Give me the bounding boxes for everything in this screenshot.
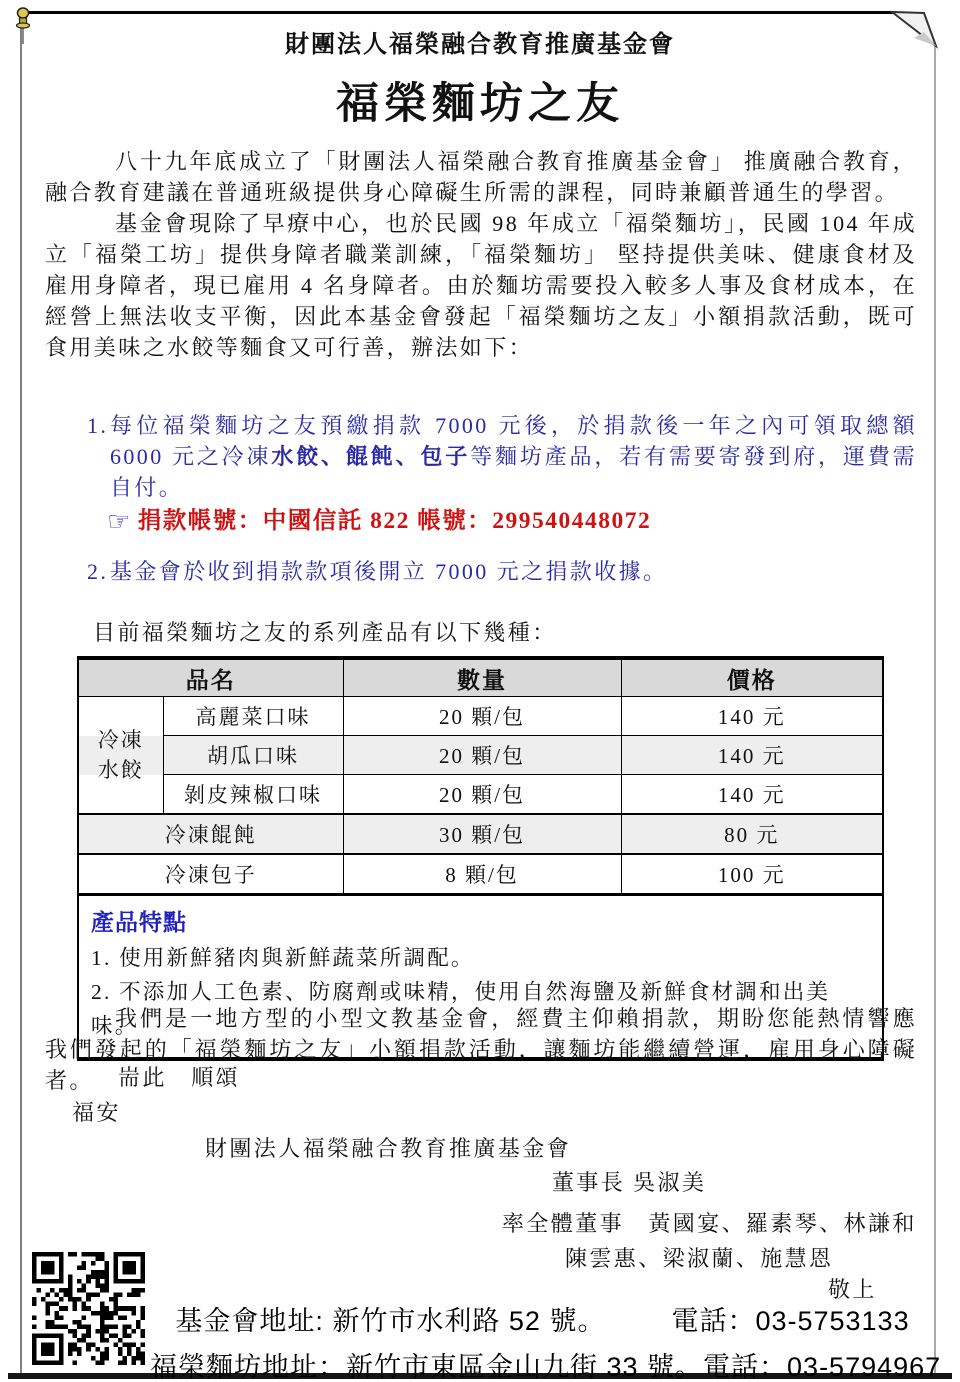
signature-board-line-2: 陳雲惠、梁淑蘭、施慧恩	[565, 1243, 833, 1274]
term-item-2: 2. 基金會於收到捐款款項後開立 7000 元之捐款收據。	[45, 556, 917, 587]
page-border-right	[934, 44, 936, 1374]
pointing-hand-icon: ☞	[107, 507, 132, 537]
signature-board-line-1: 率全體董事 黃國宴、羅素琴、林謙和	[502, 1208, 917, 1239]
term-1-text-bold: 水餃、餛飩、包子	[271, 444, 470, 469]
table-row: 胡瓜口味 20 顆/包 140 元	[78, 736, 883, 775]
signature-chairman: 董事長 吳淑美	[552, 1167, 706, 1198]
noodle-shop-address: 福榮麵坊地址：新竹市東區金山九街 33 號。電話：03-5794967	[150, 1345, 935, 1382]
foundation-address: 基金會地址: 新竹市水利路 52 號。	[175, 1299, 605, 1338]
intro-paragraph-2: 基金會現除了早療中心，也於民國 98 年成立「福榮麵坊」，民國 104 年成立「…	[45, 208, 917, 363]
product-price: 140 元	[621, 736, 883, 775]
foundation-phone: 電話：03-5753133	[671, 1299, 909, 1338]
term-1-number: 1.	[87, 410, 108, 441]
term-2-text: 基金會於收到捐款款項後開立 7000 元之捐款收據。	[110, 559, 667, 584]
product-qty: 20 顆/包	[343, 736, 621, 775]
product-name: 剝皮辣椒口味	[163, 775, 343, 815]
table-header-row: 品名 數量 價格	[78, 658, 883, 697]
features-item-1: 1. 使用新鮮豬肉與新鮮蔬菜所調配。	[91, 941, 870, 975]
org-title: 財團法人福榮融合教育推廣基金會	[0, 24, 960, 59]
column-header-price: 價格	[621, 658, 883, 697]
products-intro: 目前福榮麵坊之友的系列產品有以下幾種：	[93, 617, 557, 648]
intro-paragraph-1: 八十九年底成立了「財團法人福榮融合教育推廣基金會」 推廣融合教育，融合教育建議在…	[45, 146, 917, 208]
qr-code	[32, 1252, 145, 1365]
donation-account-line: ☞捐款帳號：中國信託 822 帳號：299540448072	[107, 501, 651, 537]
page-border-top	[24, 11, 896, 14]
product-qty: 30 顆/包	[343, 814, 621, 854]
features-title: 產品特點	[91, 904, 870, 937]
footer-contact: 基金會地址: 新竹市水利路 52 號。 電話：03-5753133 福榮麵坊地址…	[150, 1299, 935, 1382]
product-group-label: 冷凍水餃	[78, 697, 163, 815]
product-name: 胡瓜口味	[163, 736, 343, 775]
product-price: 140 元	[621, 697, 883, 736]
signature-org-name: 財團法人福榮融合教育推廣基金會	[205, 1133, 571, 1164]
term-item-1: 1. 每位福榮麵坊之友預繳捐款 7000 元後，於捐款後一年之內可領取總額 60…	[45, 410, 917, 503]
product-name: 冷凍餛飩	[78, 814, 343, 854]
column-header-name: 品名	[78, 658, 343, 697]
page-title: 福榮麵坊之友	[0, 70, 960, 131]
product-table: 品名 數量 價格 冷凍水餃 高麗菜口味 20 顆/包 140 元 胡瓜口味 20…	[77, 656, 884, 896]
footer-line-1: 基金會地址: 新竹市水利路 52 號。 電話：03-5753133	[150, 1299, 935, 1338]
product-name: 高麗菜口味	[163, 697, 343, 736]
product-section: 品名 數量 價格 冷凍水餃 高麗菜口味 20 顆/包 140 元 胡瓜口味 20…	[77, 656, 884, 1061]
table-row: 冷凍水餃 高麗菜口味 20 顆/包 140 元	[78, 697, 883, 736]
letter-page: 財團法人福榮融合教育推廣基金會 福榮麵坊之友 八十九年底成立了「財團法人福榮融合…	[0, 0, 960, 1382]
donation-account-text: 捐款帳號：中國信託 822 帳號：299540448072	[138, 508, 652, 534]
product-name: 冷凍包子	[78, 854, 343, 895]
product-qty: 20 顆/包	[343, 697, 621, 736]
blessing: 福安	[72, 1097, 121, 1128]
page-border-left	[20, 11, 22, 1374]
product-qty: 8 顆/包	[343, 854, 621, 895]
table-row: 冷凍包子 8 顆/包 100 元	[78, 854, 883, 895]
column-header-qty: 數量	[343, 658, 621, 697]
table-row: 冷凍餛飩 30 顆/包 80 元	[78, 814, 883, 854]
intro-section: 八十九年底成立了「財團法人福榮融合教育推廣基金會」 推廣融合教育，融合教育建議在…	[45, 146, 917, 363]
product-price: 140 元	[621, 775, 883, 815]
table-row: 剝皮辣椒口味 20 顆/包 140 元	[78, 775, 883, 815]
product-price: 100 元	[621, 854, 883, 895]
term-2-number: 2.	[87, 556, 108, 587]
salutation: 耑此 順頌	[118, 1062, 240, 1093]
product-qty: 20 顆/包	[343, 775, 621, 815]
product-price: 80 元	[621, 814, 883, 854]
